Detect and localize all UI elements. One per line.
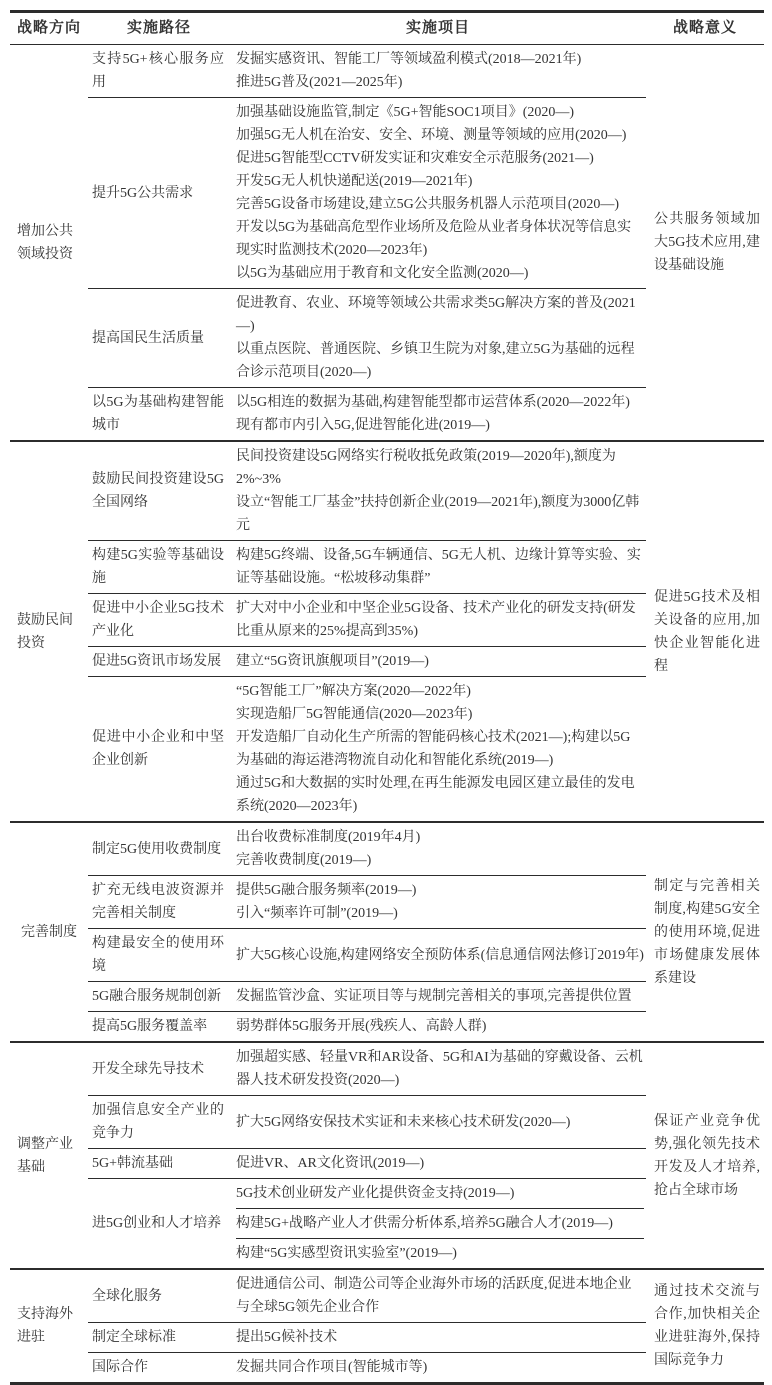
project-item: 促进VR、AR文化资讯(2019—) (236, 1152, 644, 1175)
direction-cell: 调整产业基础 (10, 1043, 88, 1268)
projects-cell: 促进通信公司、制造公司等企业海外市场的活跃度,促进本地企业与全球5G领先企业合作 (230, 1270, 646, 1322)
project-item: 扩大5G网络安保技术实证和未来核心技术研发(2020—) (236, 1111, 644, 1134)
paths-group: 制定5G使用收费制度 出台收费标准制度(2019年4月) 完善收费制度(2019… (88, 823, 646, 1041)
path-cell: 加强信息安全产业的竞争力 (88, 1096, 230, 1148)
direction-text: 调整产业基础 (17, 1133, 81, 1179)
projects-cell: 构建5G终端、设备,5G车辆通信、5G无人机、边缘计算等实验、实证等基础设施。“… (230, 541, 646, 593)
path-row: 鼓励民间投资建设5G全国网络 民间投资建设5G网络实行税收抵免政策(2019—2… (88, 442, 646, 540)
project-item: “5G智能工厂”解决方案(2020—2022年) (236, 680, 644, 703)
project-item: 构建5G+战略产业人才供需分析体系,培养5G融合人才(2019—) (236, 1208, 644, 1238)
meaning-cell: 公共服务领域加大5G技术应用,建设基础设施 (646, 45, 764, 440)
project-item: 推进5G普及(2021—2025年) (236, 71, 644, 94)
meaning-text: 通过技术交流与合作,加快相关企业进驻海外,保持国际竞争力 (654, 1280, 760, 1372)
path-row: 促进中小企业和中坚企业创新 “5G智能工厂”解决方案(2020—2022年) 实… (88, 676, 646, 821)
path-cell: 促进中小企业和中坚企业创新 (88, 723, 230, 775)
project-item: 提出5G候补技术 (236, 1326, 644, 1349)
project-item: 通过5G和大数据的实时处理,在再生能源发电园区建立最佳的发电系统(2020—20… (236, 772, 644, 818)
path-row: 以5G为基础构建智能城市 以5G相连的数据为基础,构建智能型都市运营体系(202… (88, 387, 646, 440)
path-cell: 提高5G服务覆盖率 (88, 1012, 230, 1041)
path-cell: 国际合作 (88, 1353, 230, 1382)
table-header-row: 战略方向 实施路径 实施项目 战略意义 (10, 13, 764, 45)
path-cell: 进5G创业和人才培养 (88, 1209, 230, 1238)
path-cell: 促进中小企业5G技术产业化 (88, 594, 230, 646)
project-item: 实现造船厂5G智能通信(2020—2023年) (236, 703, 644, 726)
project-item: 加强基础设施监管,制定《5G+智能SOC1项目》(2020—) (236, 101, 644, 124)
project-item: 发掘实感资讯、智能工厂等领域盈利模式(2018—2021年) (236, 48, 644, 71)
project-item: 设立“智能工厂基金”扶持创新企业(2019—2021年),额度为3000亿韩元 (236, 491, 644, 537)
projects-cell: 提供5G融合服务频率(2019—) 引入“频率许可制”(2019—) (230, 876, 646, 928)
project-item: 促进5G智能型CCTV研发实证和灾难安全示范服务(2021—) (236, 147, 644, 170)
section-industry-base: 调整产业基础 开发全球先导技术 加强超实感、轻量VR和AR设备、5G和AI为基础… (10, 1041, 764, 1268)
meaning-cell: 制定与完善相关制度,构建5G安全的使用环境,促进市场健康发展体系建设 (646, 823, 764, 1041)
path-cell: 构建5G实验等基础设施 (88, 541, 230, 593)
project-item: 以重点医院、普通医院、乡镇卫生院为对象,建立5G为基础的远程合诊示范项目(202… (236, 338, 644, 384)
meaning-cell: 保证产业竞争优势,强化领先技术开发及人才培养,抢占全球市场 (646, 1043, 764, 1268)
project-item: 开发5G无人机快递配送(2019—2021年) (236, 170, 644, 193)
project-item: 构建5G终端、设备,5G车辆通信、5G无人机、边缘计算等实验、实证等基础设施。“… (236, 544, 644, 590)
path-cell: 以5G为基础构建智能城市 (88, 388, 230, 440)
col-header-project: 实施项目 (230, 13, 646, 44)
project-item: 促进通信公司、制造公司等企业海外市场的活跃度,促进本地企业与全球5G领先企业合作 (236, 1273, 644, 1319)
project-item: 完善5G设备市场建设,建立5G公共服务机器人示范项目(2020—) (236, 193, 644, 216)
project-item: 加强超实感、轻量VR和AR设备、5G和AI为基础的穿戴设备、云机器人技术研发投资… (236, 1046, 644, 1092)
paths-group: 全球化服务 促进通信公司、制造公司等企业海外市场的活跃度,促进本地企业与全球5G… (88, 1270, 646, 1382)
direction-cell: 支持海外进驻 (10, 1270, 88, 1382)
projects-cell: 弱势群体5G服务开展(残疾人、高龄人群) (230, 1012, 646, 1041)
path-row: 制定5G使用收费制度 出台收费标准制度(2019年4月) 完善收费制度(2019… (88, 823, 646, 875)
path-cell: 制定全球标准 (88, 1323, 230, 1352)
direction-cell: 完善制度 (10, 823, 88, 1041)
meaning-text: 公共服务领域加大5G技术应用,建设基础设施 (654, 208, 760, 277)
projects-cell: 扩大对中小企业和中坚企业5G设备、技术产业化的研发支持(研发比重从原来的25%提… (230, 594, 646, 646)
projects-cell: 以5G相连的数据为基础,构建智能型都市运营体系(2020—2022年) 现有都市… (230, 388, 646, 440)
direction-text: 增加公共领域投资 (17, 220, 81, 266)
direction-cell: 增加公共领域投资 (10, 45, 88, 440)
project-item: 引入“频率许可制”(2019—) (236, 902, 644, 925)
direction-cell: 鼓励民间投资 (10, 442, 88, 821)
path-cell: 扩充无线电波资源并完善相关制度 (88, 876, 230, 928)
paths-group: 鼓励民间投资建设5G全国网络 民间投资建设5G网络实行税收抵免政策(2019—2… (88, 442, 646, 821)
direction-text: 完善制度 (21, 921, 77, 944)
path-cell: 提升5G公共需求 (88, 179, 230, 208)
col-header-direction: 战略方向 (10, 13, 88, 44)
projects-cell: 扩大5G网络安保技术实证和未来核心技术研发(2020—) (230, 1108, 646, 1137)
col-header-path: 实施路径 (88, 13, 230, 44)
path-row: 进5G创业和人才培养 5G技术创业研发产业化提供资金支持(2019—) 构建5G… (88, 1178, 646, 1268)
projects-cell: 加强基础设施监管,制定《5G+智能SOC1项目》(2020—) 加强5G无人机在… (230, 98, 646, 288)
path-cell: 鼓励民间投资建设5G全国网络 (88, 465, 230, 517)
meaning-text: 制定与完善相关制度,构建5G安全的使用环境,促进市场健康发展体系建设 (654, 875, 760, 990)
section-system-improvement: 完善制度 制定5G使用收费制度 出台收费标准制度(2019年4月) 完善收费制度… (10, 821, 764, 1041)
direction-text: 支持海外进驻 (17, 1303, 81, 1349)
projects-cell: 促进教育、农业、环境等领域公共需求类5G解决方案的普及(2021—) 以重点医院… (230, 289, 646, 387)
path-row: 扩充无线电波资源并完善相关制度 提供5G融合服务频率(2019—) 引入“频率许… (88, 875, 646, 928)
project-item: 完善收费制度(2019—) (236, 849, 644, 872)
strategy-table: 战略方向 实施路径 实施项目 战略意义 增加公共领域投资 支持5G+核心服务应用… (10, 10, 764, 1385)
projects-cell: 建立“5G资讯旗舰项目”(2019—) (230, 647, 646, 676)
project-item: 民间投资建设5G网络实行税收抵免政策(2019—2020年),额度为2%~3% (236, 445, 644, 491)
paths-group: 开发全球先导技术 加强超实感、轻量VR和AR设备、5G和AI为基础的穿戴设备、云… (88, 1043, 646, 1268)
path-row: 5G融合服务规制创新 发掘监管沙盒、实证项目等与规制完善相关的事项,完善提供位置 (88, 981, 646, 1011)
meaning-cell: 通过技术交流与合作,加快相关企业进驻海外,保持国际竞争力 (646, 1270, 764, 1382)
path-row: 构建5G实验等基础设施 构建5G终端、设备,5G车辆通信、5G无人机、边缘计算等… (88, 540, 646, 593)
path-cell: 支持5G+核心服务应用 (88, 45, 230, 97)
path-cell: 5G+韩流基础 (88, 1149, 230, 1178)
projects-cell: 民间投资建设5G网络实行税收抵免政策(2019—2020年),额度为2%~3% … (230, 442, 646, 540)
path-cell: 全球化服务 (88, 1282, 230, 1311)
path-cell: 开发全球先导技术 (88, 1055, 230, 1084)
path-row: 提高国民生活质量 促进教育、农业、环境等领域公共需求类5G解决方案的普及(202… (88, 288, 646, 387)
path-row: 构建最安全的使用环境 扩大5G核心设施,构建网络安全预防体系(信息通信网法修订2… (88, 928, 646, 981)
projects-cell: 5G技术创业研发产业化提供资金支持(2019—) 构建5G+战略产业人才供需分析… (230, 1179, 646, 1268)
section-overseas-support: 支持海外进驻 全球化服务 促进通信公司、制造公司等企业海外市场的活跃度,促进本地… (10, 1268, 764, 1382)
meaning-cell: 促进5G技术及相关设备的应用,加快企业智能化进程 (646, 442, 764, 821)
projects-cell: “5G智能工厂”解决方案(2020—2022年) 实现造船厂5G智能通信(202… (230, 677, 646, 821)
path-row: 开发全球先导技术 加强超实感、轻量VR和AR设备、5G和AI为基础的穿戴设备、云… (88, 1043, 646, 1095)
project-item: 现有都市内引入5G,促进智能化进(2019—) (236, 414, 644, 437)
path-row: 全球化服务 促进通信公司、制造公司等企业海外市场的活跃度,促进本地企业与全球5G… (88, 1270, 646, 1322)
path-row: 5G+韩流基础 促进VR、AR文化资讯(2019—) (88, 1148, 646, 1178)
path-cell: 制定5G使用收费制度 (88, 835, 230, 864)
path-cell: 提高国民生活质量 (88, 324, 230, 353)
path-cell: 促进5G资讯市场发展 (88, 647, 230, 676)
project-item: 扩大5G核心设施,构建网络安全预防体系(信息通信网法修订2019年) (236, 944, 644, 967)
project-item: 促进教育、农业、环境等领域公共需求类5G解决方案的普及(2021—) (236, 292, 644, 338)
project-item: 开发以5G为基础高危型作业场所及危险从业者身体状况等信息实现实时监测技术(202… (236, 216, 644, 262)
project-item: 以5G为基础应用于教育和文化安全监测(2020—) (236, 262, 644, 285)
projects-cell: 提出5G候补技术 (230, 1323, 646, 1352)
projects-cell: 促进VR、AR文化资讯(2019—) (230, 1149, 646, 1178)
projects-cell: 扩大5G核心设施,构建网络安全预防体系(信息通信网法修订2019年) (230, 941, 646, 970)
project-item: 建立“5G资讯旗舰项目”(2019—) (236, 650, 644, 673)
project-item: 扩大对中小企业和中坚企业5G设备、技术产业化的研发支持(研发比重从原来的25%提… (236, 597, 644, 643)
path-cell: 构建最安全的使用环境 (88, 929, 230, 981)
path-row: 提高5G服务覆盖率 弱势群体5G服务开展(残疾人、高龄人群) (88, 1011, 646, 1041)
projects-cell: 发掘共同合作项目(智能城市等) (230, 1353, 646, 1382)
project-item: 提供5G融合服务频率(2019—) (236, 879, 644, 902)
section-private-investment: 鼓励民间投资 鼓励民间投资建设5G全国网络 民间投资建设5G网络实行税收抵免政策… (10, 440, 764, 821)
path-row: 促进5G资讯市场发展 建立“5G资讯旗舰项目”(2019—) (88, 646, 646, 676)
path-row: 支持5G+核心服务应用 发掘实感资讯、智能工厂等领域盈利模式(2018—2021… (88, 45, 646, 97)
paths-group: 支持5G+核心服务应用 发掘实感资讯、智能工厂等领域盈利模式(2018—2021… (88, 45, 646, 440)
project-item: 发掘共同合作项目(智能城市等) (236, 1356, 644, 1379)
path-row: 国际合作 发掘共同合作项目(智能城市等) (88, 1352, 646, 1382)
project-item: 开发造船厂自动化生产所需的智能码核心技术(2021—);构建以5G为基础的海运港… (236, 726, 644, 772)
path-cell: 5G融合服务规制创新 (88, 982, 230, 1011)
meaning-text: 保证产业竞争优势,强化领先技术开发及人才培养,抢占全球市场 (654, 1110, 760, 1202)
col-header-meaning: 战略意义 (646, 13, 764, 44)
project-item: 弱势群体5G服务开展(残疾人、高龄人群) (236, 1015, 644, 1038)
project-item: 5G技术创业研发产业化提供资金支持(2019—) (236, 1179, 644, 1208)
path-row: 提升5G公共需求 加强基础设施监管,制定《5G+智能SOC1项目》(2020—)… (88, 97, 646, 288)
project-item: 以5G相连的数据为基础,构建智能型都市运营体系(2020—2022年) (236, 391, 644, 414)
projects-cell: 加强超实感、轻量VR和AR设备、5G和AI为基础的穿戴设备、云机器人技术研发投资… (230, 1043, 646, 1095)
direction-text: 鼓励民间投资 (17, 609, 81, 655)
project-item: 构建“5G实感型资讯实验室”(2019—) (236, 1238, 644, 1268)
section-public-investment: 增加公共领域投资 支持5G+核心服务应用 发掘实感资讯、智能工厂等领域盈利模式(… (10, 45, 764, 440)
project-item: 发掘监管沙盒、实证项目等与规制完善相关的事项,完善提供位置 (236, 985, 644, 1008)
project-item: 加强5G无人机在治安、安全、环境、测量等领域的应用(2020—) (236, 124, 644, 147)
projects-cell: 发掘监管沙盒、实证项目等与规制完善相关的事项,完善提供位置 (230, 982, 646, 1011)
path-row: 加强信息安全产业的竞争力 扩大5G网络安保技术实证和未来核心技术研发(2020—… (88, 1095, 646, 1148)
projects-cell: 出台收费标准制度(2019年4月) 完善收费制度(2019—) (230, 823, 646, 875)
meaning-text: 促进5G技术及相关设备的应用,加快企业智能化进程 (654, 586, 760, 678)
project-item: 出台收费标准制度(2019年4月) (236, 826, 644, 849)
projects-cell: 发掘实感资讯、智能工厂等领域盈利模式(2018—2021年) 推进5G普及(20… (230, 45, 646, 97)
path-row: 制定全球标准 提出5G候补技术 (88, 1322, 646, 1352)
path-row: 促进中小企业5G技术产业化 扩大对中小企业和中坚企业5G设备、技术产业化的研发支… (88, 593, 646, 646)
